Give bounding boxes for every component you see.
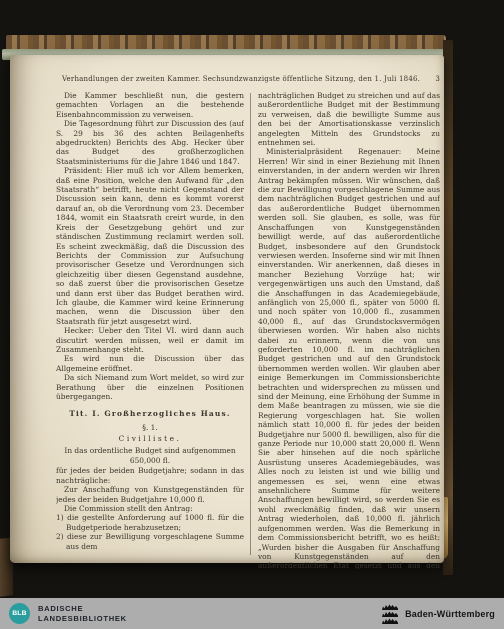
right-column: nachträglichen Budget zu streichen und a… bbox=[258, 91, 440, 569]
library-name: BADISCHE LANDESBIBLIOTHEK bbox=[38, 604, 127, 623]
column-divider bbox=[250, 93, 251, 555]
blb-abbr: BLB bbox=[12, 610, 27, 617]
text-block: §. 1. bbox=[56, 423, 244, 432]
text-block: Ministerialpräsident Regenauer: Meine He… bbox=[258, 147, 440, 569]
text-columns: Die Kammer beschließt nun, die gestern g… bbox=[56, 91, 440, 569]
text-block: Die Tagesordnung führt zur Discussion de… bbox=[56, 119, 244, 166]
text-block: für jedes der beiden Budgetjahre; sodann… bbox=[56, 466, 244, 485]
left-column: Die Kammer beschließt nun, die gestern g… bbox=[56, 91, 244, 569]
text-block: Da sich Niemand zum Wort meldet, so wird… bbox=[56, 373, 244, 401]
text-block: Hecker: Ueber den Titel VI. wird dann au… bbox=[56, 326, 244, 354]
page-number: 3 bbox=[426, 75, 440, 83]
page-header: Verhandlungen der zweiten Kammer. Sechsu… bbox=[56, 75, 440, 83]
book-right-edge bbox=[443, 40, 453, 575]
library-name-line1: BADISCHE bbox=[38, 604, 127, 614]
library-name-line2: LANDESBIBLIOTHEK bbox=[38, 614, 127, 624]
state-label: Baden-Württemberg bbox=[405, 609, 495, 619]
photo-background: { "scan": { "header": { "title": "Verhan… bbox=[0, 0, 504, 629]
text-block: 1) die gestellte Anforderung auf 1000 fl… bbox=[56, 513, 244, 532]
footer-bar: BLB BADISCHE LANDESBIBLIOTHEK Baden-Würt… bbox=[0, 598, 504, 629]
state-logo: Baden-Württemberg bbox=[382, 604, 495, 624]
text-block: Zur Anschaffung von Kunstgegenständen fü… bbox=[56, 485, 244, 504]
text-block: Präsident: Hier muß ich vor Allem bemerk… bbox=[56, 166, 244, 326]
text-block: Es wird nun die Discussion über das Allg… bbox=[56, 354, 244, 373]
text-block: 2) diese zur Bewilligung vorgeschlagene … bbox=[56, 532, 244, 551]
text-block: Tit. I. Großherzogliches Haus. bbox=[56, 409, 244, 418]
library-logo: BLB BADISCHE LANDESBIBLIOTHEK bbox=[9, 603, 127, 624]
text-block: In das ordentliche Budget sind aufgenomm… bbox=[56, 446, 244, 455]
text-block: nachträglichen Budget zu streichen und a… bbox=[258, 91, 440, 147]
text-block: Die Commission stellt den Antrag: bbox=[56, 504, 244, 513]
text-block: 650,000 fl. bbox=[56, 456, 244, 465]
blb-logo-icon: BLB bbox=[9, 603, 30, 624]
header-title: Verhandlungen der zweiten Kammer. Sechsu… bbox=[56, 75, 426, 83]
bw-coat-of-arms-icon bbox=[382, 604, 398, 624]
text-block: Die Kammer beschließt nun, die gestern g… bbox=[56, 91, 244, 119]
scan-page: Verhandlungen der zweiten Kammer. Sechsu… bbox=[10, 55, 444, 563]
text-block: Civilliste. bbox=[56, 434, 244, 443]
